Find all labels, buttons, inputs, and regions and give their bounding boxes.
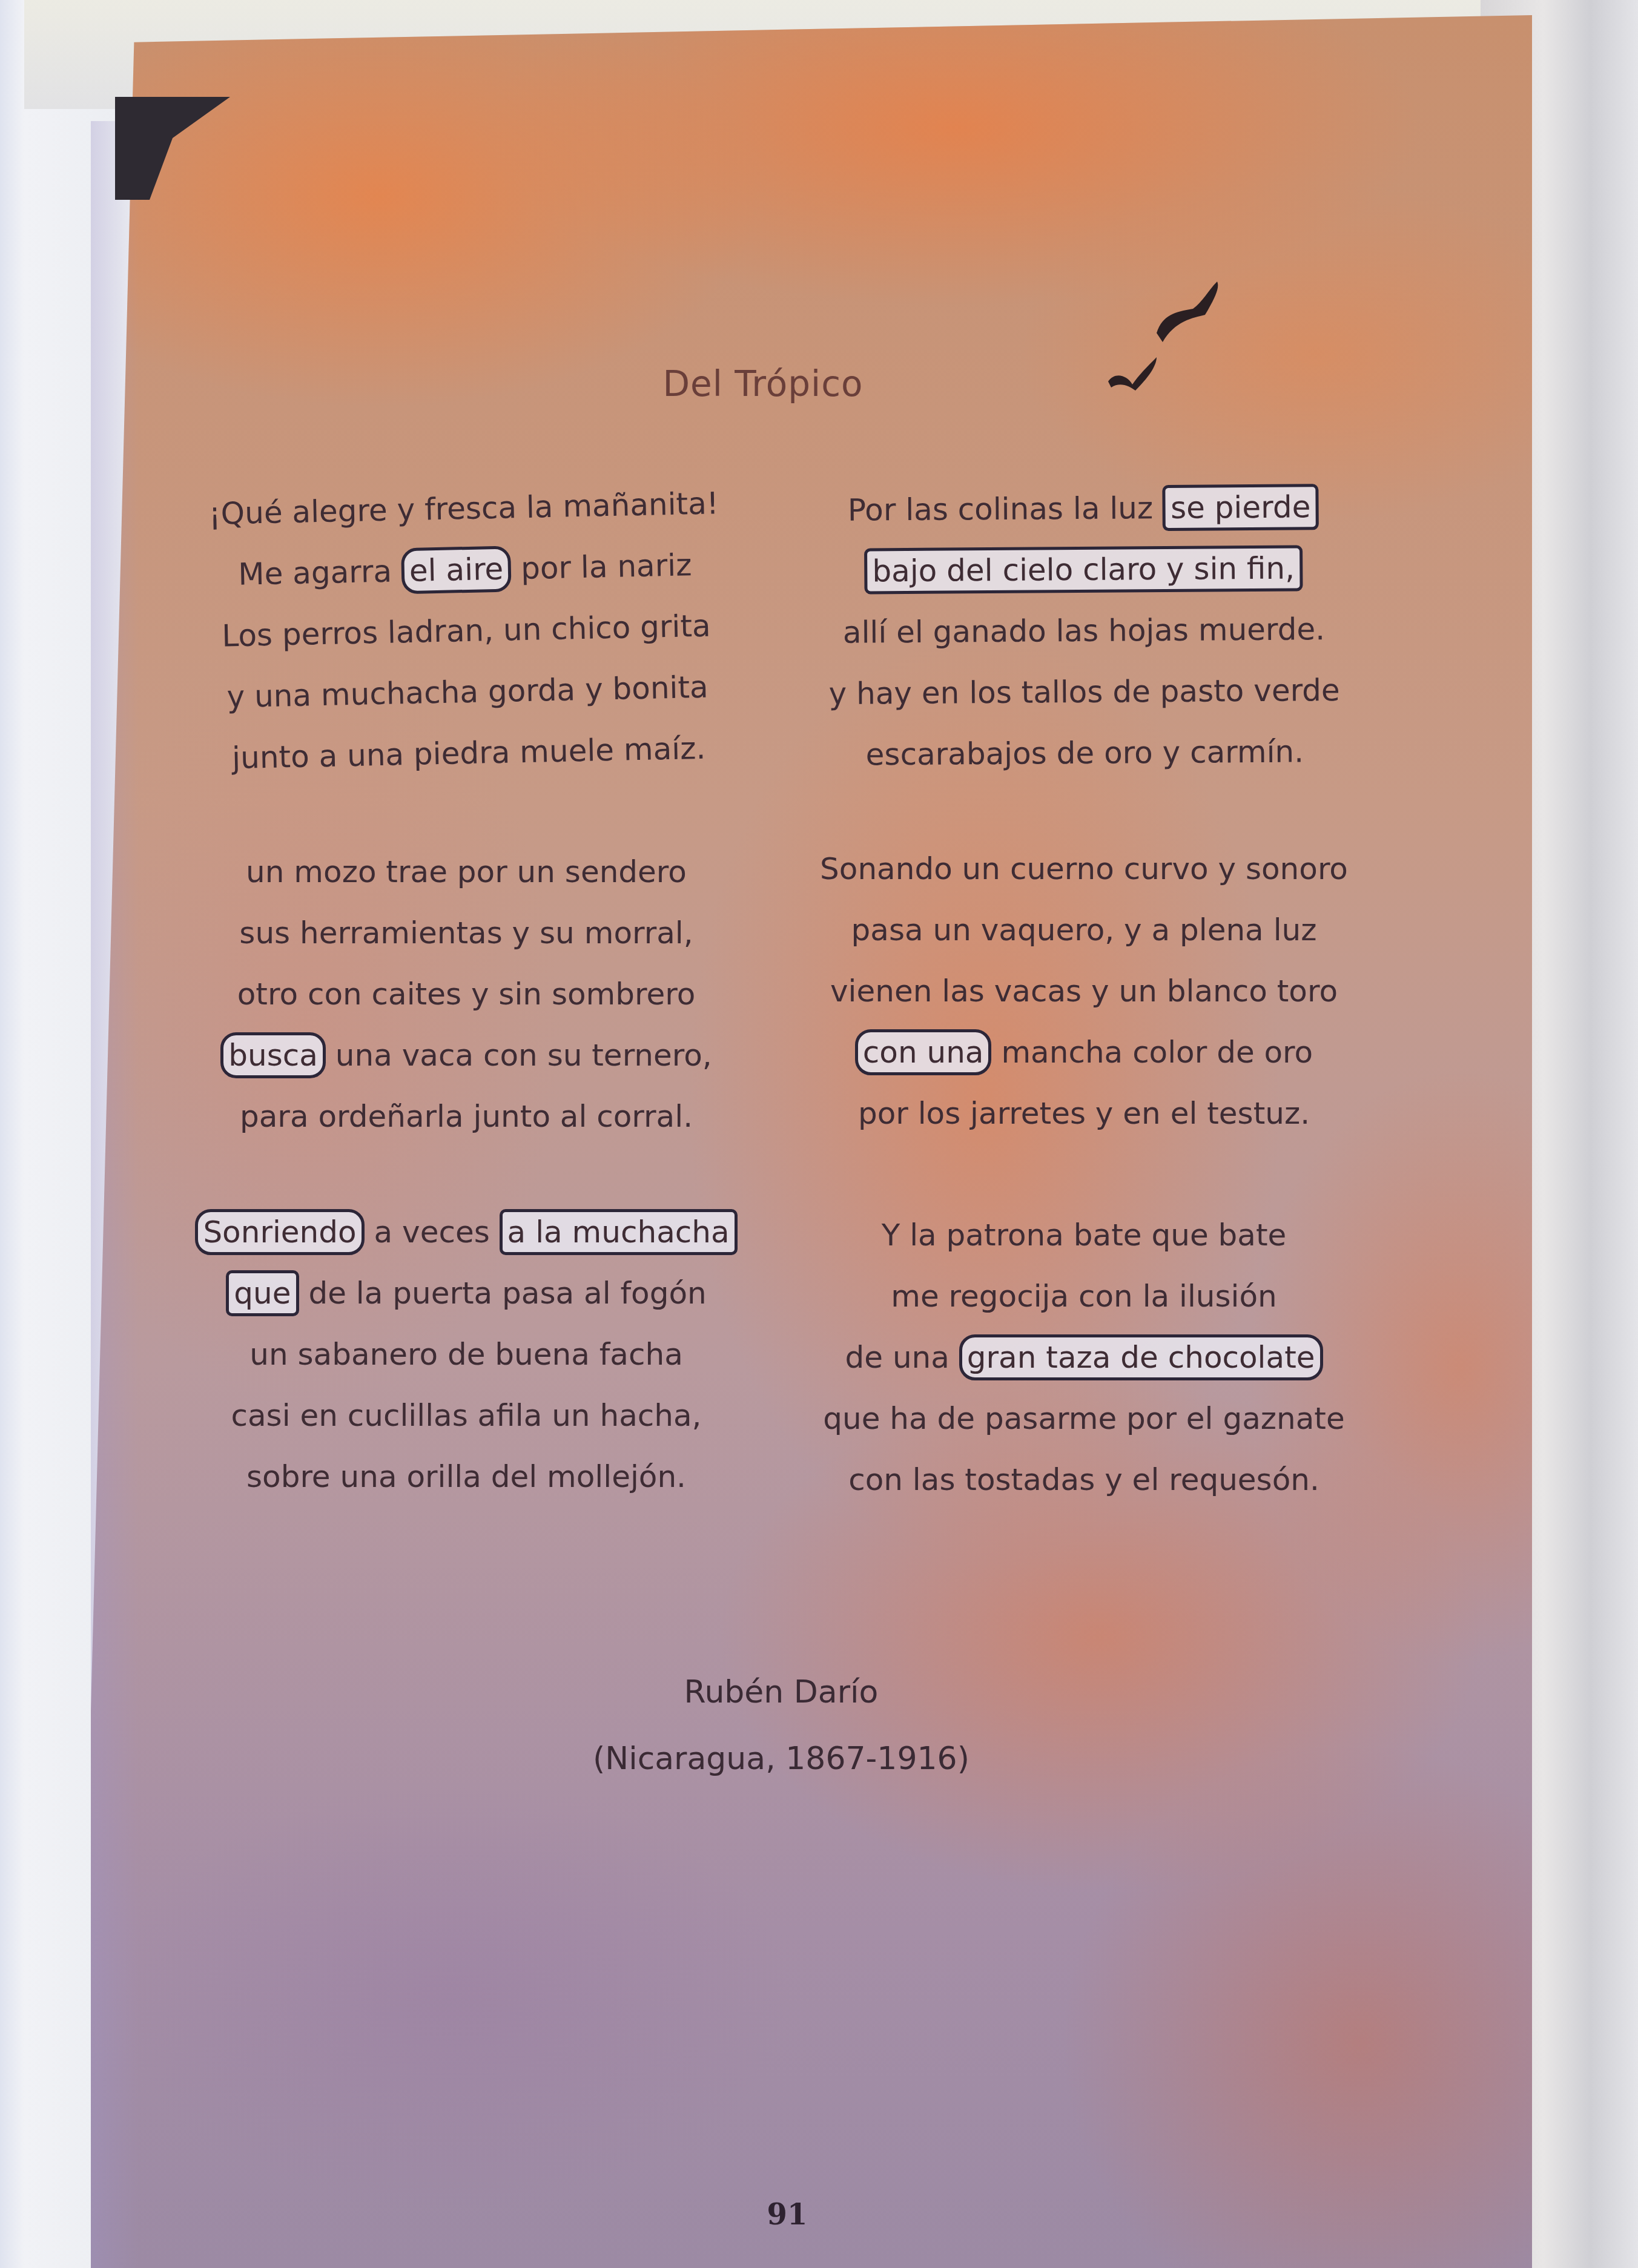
stanza-1: ¡Qué alegre y fresca la mañanita! Me aga… bbox=[160, 472, 772, 791]
poem-title: Del Trópico bbox=[636, 363, 890, 404]
verse-line: para ordeñarla junto al corral. bbox=[163, 1086, 769, 1147]
verse-line: que ha de pasarme por el gaznate bbox=[781, 1388, 1387, 1449]
verse-line: allí el ganado las hojas muerde. bbox=[781, 599, 1387, 664]
verse-line: escarabajos de oro y carmín. bbox=[782, 721, 1388, 786]
circled-phrase: Sonriendo bbox=[195, 1209, 364, 1255]
verse-line: un sabanero de buena facha bbox=[163, 1324, 769, 1385]
page-inner-shadow bbox=[91, 121, 139, 2268]
circled-phrase: el aire bbox=[401, 546, 512, 594]
stanza-2: Por las colinas la luz se pierde bajo de… bbox=[780, 476, 1388, 786]
verse-line: me regocija con la ilusión bbox=[781, 1266, 1387, 1327]
verse-line: junto a una piedra muele maíz. bbox=[165, 716, 772, 790]
verse-line: sobre una orilla del mollejón. bbox=[163, 1446, 769, 1508]
verse-line: bajo del cielo claro y sin fin, bbox=[781, 538, 1387, 603]
verse-line: pasa un vaquero, y a plena luz bbox=[781, 900, 1387, 961]
circled-phrase: se pierde bbox=[1163, 484, 1319, 531]
verse-line: Y la patrona bate que bate bbox=[781, 1205, 1387, 1266]
verse-line: de una gran taza de chocolate bbox=[781, 1327, 1387, 1388]
circled-phrase: a la muchacha bbox=[500, 1209, 738, 1255]
stanza-4: Sonando un cuerno curvo y sonoro pasa un… bbox=[781, 839, 1387, 1144]
circled-phrase: que bbox=[226, 1270, 299, 1316]
page-number: 91 bbox=[751, 2198, 824, 2232]
verse-line: con las tostadas y el requesón. bbox=[781, 1449, 1387, 1511]
author-name: Rubén Darío bbox=[545, 1659, 1017, 1726]
verse-line: que de la puerta pasa al fogón bbox=[163, 1263, 769, 1324]
verse-line: sus herramientas y su morral, bbox=[163, 903, 769, 964]
author-credit: Rubén Darío (Nicaragua, 1867-1916) bbox=[545, 1659, 1017, 1792]
author-origin: (Nicaragua, 1867-1916) bbox=[545, 1726, 1017, 1792]
verse-line: otro con caites y sin sombrero bbox=[163, 964, 769, 1025]
stanza-6: Y la patrona bate que bate me regocija c… bbox=[781, 1205, 1387, 1511]
circled-phrase: con una bbox=[855, 1029, 992, 1075]
verse-line: vienen las vacas y un blanco toro bbox=[781, 961, 1387, 1022]
circled-phrase: gran taza de chocolate bbox=[959, 1334, 1323, 1380]
verse-line: Por las colinas la luz se pierde bbox=[780, 476, 1386, 542]
verse-line: por los jarretes y en el testuz. bbox=[781, 1083, 1387, 1144]
stanza-5: Sonriendo a veces a la muchacha que de l… bbox=[163, 1202, 769, 1508]
stanza-3: un mozo trae por un sendero sus herramie… bbox=[163, 842, 769, 1147]
verse-line: busca una vaca con su ternero, bbox=[163, 1025, 769, 1086]
verse-line: un mozo trae por un sendero bbox=[163, 842, 769, 903]
verse-line: con una mancha color de oro bbox=[781, 1022, 1387, 1083]
verse-line: Sonriendo a veces a la muchacha bbox=[163, 1202, 769, 1263]
verse-line: y hay en los tallos de pasto verde bbox=[781, 660, 1387, 725]
birds-icon bbox=[1096, 266, 1247, 400]
verse-line: casi en cuclillas afila un hacha, bbox=[163, 1385, 769, 1446]
verse-line: Sonando un cuerno curvo y sonoro bbox=[781, 839, 1387, 900]
circled-phrase: bajo del cielo claro y sin fin, bbox=[864, 545, 1303, 594]
circled-phrase: busca bbox=[220, 1032, 326, 1078]
